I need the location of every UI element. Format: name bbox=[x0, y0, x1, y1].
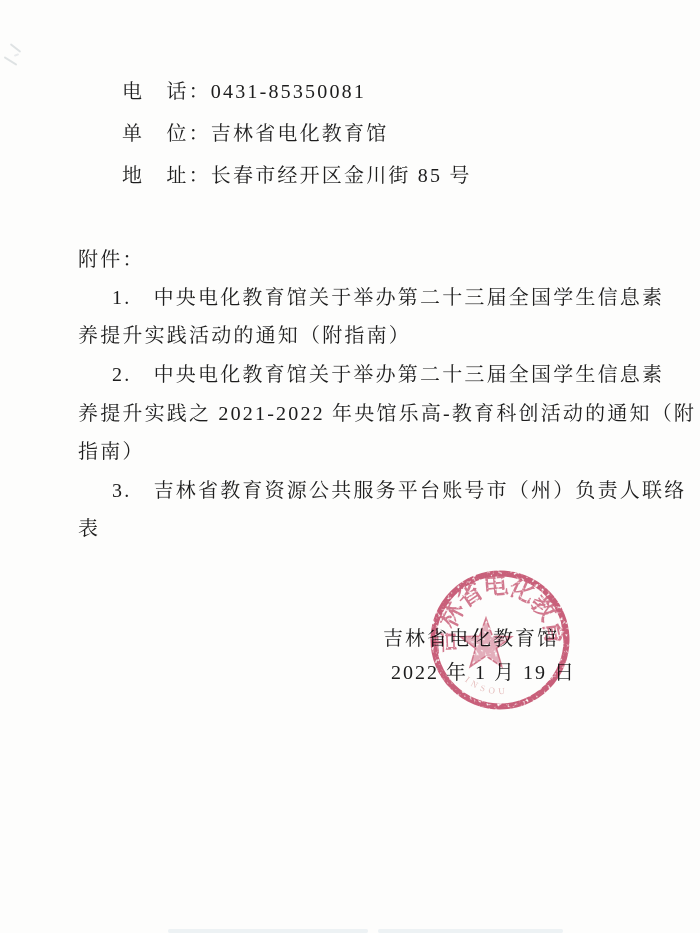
contact-phone-line: 电 话：0431-85350081 bbox=[122, 81, 366, 103]
contact-unit-line: 单 位：吉林省电化教育馆 bbox=[122, 123, 388, 145]
attachment-item-2-line-3: 指南） bbox=[78, 441, 145, 463]
seal-bottom-textpath: INSOU bbox=[463, 675, 509, 697]
scan-smudge bbox=[14, 53, 19, 57]
attachment-item-1-line-2: 养提升实践活动的通知（附指南） bbox=[78, 325, 411, 347]
attachment-item-2-line-1: 2. 中央电化教育馆关于举办第二十三届全国学生信息素 bbox=[112, 364, 664, 386]
scan-smudge bbox=[4, 56, 18, 66]
seal-bottom-text: INSOU bbox=[463, 675, 509, 697]
attachment-item-3-line-1: 3. 吉林省教育资源公共服务平台账号市（州）负责人联络 bbox=[112, 480, 686, 502]
attachment-item-2-line-2: 养提升实践之 2021-2022 年央馆乐高-教育科创活动的通知（附 bbox=[78, 403, 696, 425]
attachments-heading: 附件： bbox=[78, 249, 145, 271]
scan-artifact-strip bbox=[378, 929, 563, 933]
scan-smudge bbox=[10, 43, 21, 53]
attachment-item-3-line-2: 表 bbox=[78, 518, 100, 540]
contact-address-line: 地 址：长春市经开区金川街 85 号 bbox=[122, 165, 472, 187]
official-seal: 吉林省电化教育馆 INSOU bbox=[416, 556, 584, 724]
document-page: 电 话：0431-85350081 单 位：吉林省电化教育馆 地 址：长春市经开… bbox=[0, 0, 700, 933]
attachment-item-1-line-1: 1. 中央电化教育馆关于举办第二十三届全国学生信息素 bbox=[112, 287, 664, 309]
seal-star bbox=[460, 618, 511, 667]
scan-artifact-strip bbox=[168, 929, 368, 933]
